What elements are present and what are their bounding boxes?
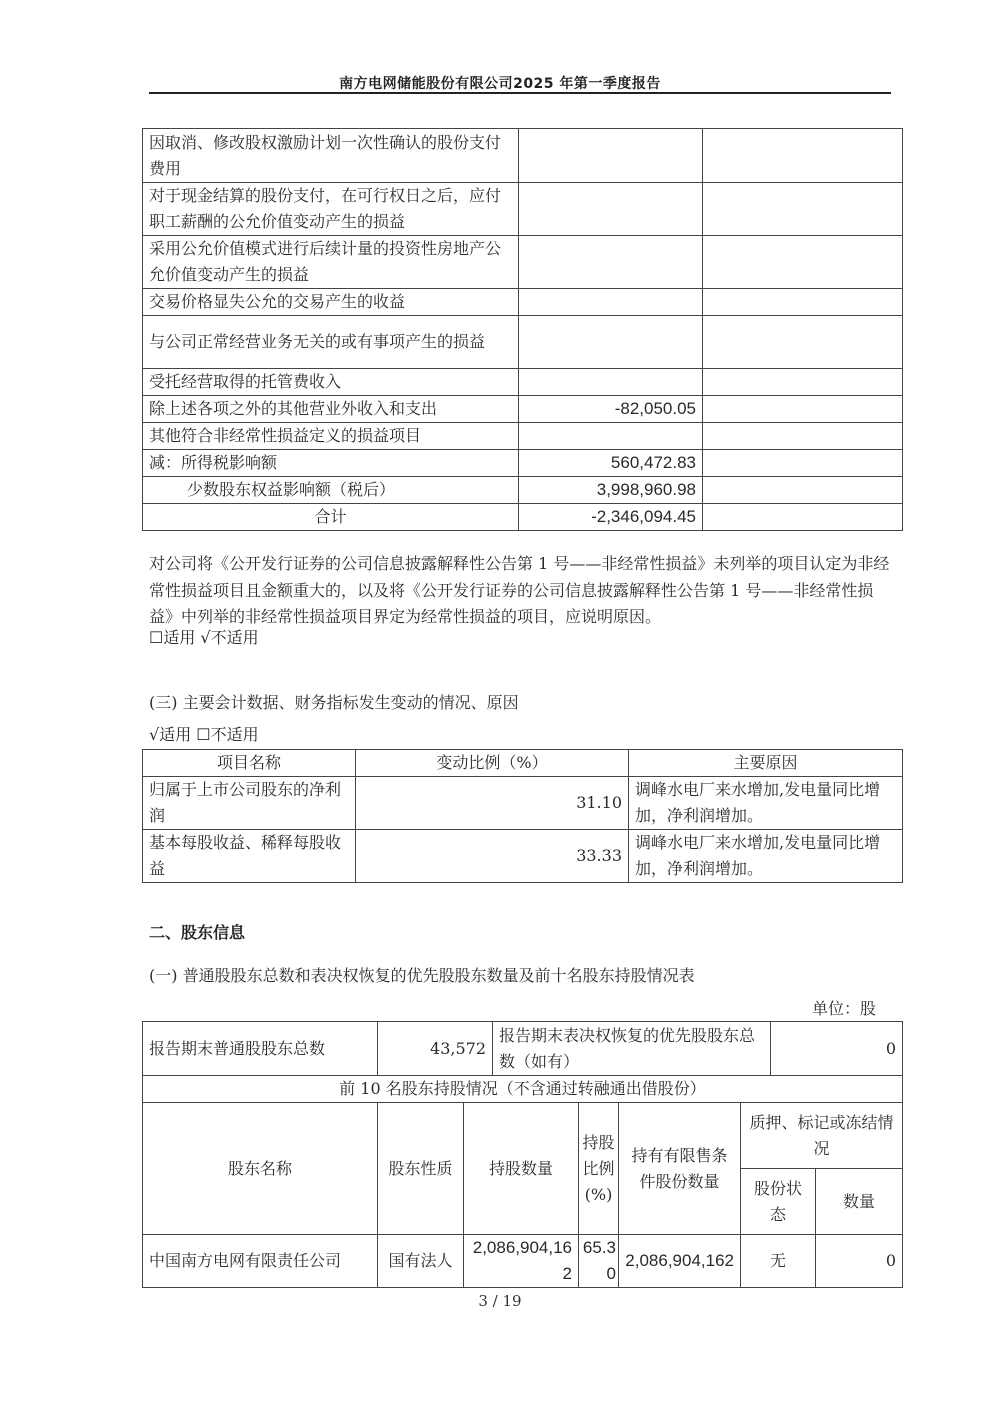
header-shareholder-name: 股东名称 [143,1103,378,1235]
page-number: 3 / 19 [0,1292,1000,1310]
item-note [703,450,903,477]
total-common-label: 报告期末普通股股东总数 [143,1022,378,1076]
item-label: 其他符合非经常性损益定义的损益项目 [143,423,519,450]
item-name: 归属于上市公司股东的净利润 [143,777,356,830]
item-amount [519,369,703,396]
change-ratio: 33.33 [356,830,629,883]
table-row: 基本每股收益、稀释每股收益 33.33 调峰水电厂来水增加,发电量同比增加，净利… [143,830,903,883]
item-label: 与公司正常经营业务无关的或有事项产生的损益 [143,316,519,369]
item-note [703,236,903,289]
item-amount: 560,472.83 [519,450,703,477]
table-row: 中国南方电网有限责任公司 国有法人 2,086,904,162 65.30 2,… [143,1235,903,1288]
item-label: 采用公允价值模式进行后续计量的投资性房地产公允价值变动产生的损益 [143,236,519,289]
total-label: 合计 [143,504,519,531]
table-row: 受托经营取得的托管费收入 [143,369,903,396]
nonrecurring-items-table: 因取消、修改股权激励计划一次性确认的股份支付费用 对于现金结算的股份支付，在可行… [142,128,903,531]
holding-ratio: 65.30 [579,1235,619,1288]
section-three-applicability: √适用 ☐不适用 [149,722,894,749]
table-row: 交易价格显失公允的交易产生的收益 [143,289,903,316]
table-row: 少数股东权益影响额（税后） 3,998,960.98 [143,477,903,504]
item-label: 对于现金结算的股份支付，在可行权日之后，应付职工薪酬的公允价值变动产生的损益 [143,183,519,236]
table-row: 报告期末普通股股东总数 43,572 报告期末表决权恢复的优先股股东总数（如有）… [143,1022,903,1076]
table-row: 减：所得税影响额 560,472.83 [143,450,903,477]
item-note [703,423,903,450]
total-common-value: 43,572 [378,1022,493,1076]
header-change-ratio: 变动比例（%） [356,750,629,777]
item-name: 基本每股收益、稀释每股收益 [143,830,356,883]
item-amount [519,289,703,316]
item-amount: -82,050.05 [519,396,703,423]
table-row: 对于现金结算的股份支付，在可行权日之后，应付职工薪酬的公允价值变动产生的损益 [143,183,903,236]
header-shares-held: 持股数量 [464,1103,579,1235]
item-note [703,316,903,369]
table-row: 与公司正常经营业务无关的或有事项产生的损益 [143,316,903,369]
item-label: 因取消、修改股权激励计划一次性确认的股份支付费用 [143,129,519,183]
header-main-reason: 主要原因 [629,750,903,777]
shareholders-subheading: (一) 普通股股东总数和表决权恢复的优先股股东数量及前十名股东持股情况表 [149,963,894,990]
table-row-total: 合计 -2,346,094.45 [143,504,903,531]
item-note [703,477,903,504]
item-note [703,504,903,531]
shares-held: 2,086,904,162 [464,1235,579,1288]
section-three-heading: (三) 主要会计数据、财务指标发生变动的情况、原因 [149,690,894,717]
table-row: 其他符合非经常性损益定义的损益项目 [143,423,903,450]
item-amount [519,183,703,236]
item-note [703,369,903,396]
table-row: 除上述各项之外的其他营业外收入和支出 -82,050.05 [143,396,903,423]
item-label: 受托经营取得的托管费收入 [143,369,519,396]
item-note [703,129,903,183]
item-label: 交易价格显失公允的交易产生的收益 [143,289,519,316]
unit-label: 单位：股 [149,996,876,1023]
top10-shareholders-table: 股东名称 股东性质 持股数量 持股比例(%) 持有有限售条件股份数量 质押、标记… [142,1102,903,1288]
item-amount [519,423,703,450]
table-row: 采用公允价值模式进行后续计量的投资性房地产公允价值变动产生的损益 [143,236,903,289]
shareholders-summary-table: 报告期末普通股股东总数 43,572 报告期末表决权恢复的优先股股东总数（如有）… [142,1021,903,1103]
table-row: 因取消、修改股权激励计划一次性确认的股份支付费用 [143,129,903,183]
shareholders-section-heading: 二、股东信息 [149,920,245,943]
table-header-row: 项目名称 变动比例（%） 主要原因 [143,750,903,777]
header-pledge-group: 质押、标记或冻结情况 [741,1103,903,1169]
item-amount [519,236,703,289]
table-row: 归属于上市公司股东的净利润 31.10 调峰水电厂来水增加,发电量同比增加，净利… [143,777,903,830]
top10-caption: 前 10 名股东持股情况（不含通过转融通出借股份） [143,1076,903,1103]
table-caption-row: 前 10 名股东持股情况（不含通过转融通出借股份） [143,1076,903,1103]
header-pledge-quantity: 数量 [816,1169,903,1235]
header-shareholder-nature: 股东性质 [378,1103,464,1235]
total-amount: -2,346,094.45 [519,504,703,531]
shareholder-name: 中国南方电网有限责任公司 [143,1235,378,1288]
item-amount [519,129,703,183]
header-pledge-status: 股份状态 [741,1169,816,1235]
restricted-shares: 2,086,904,162 [619,1235,741,1288]
item-label: 少数股东权益影响额（税后） [143,477,519,504]
change-ratio: 31.10 [356,777,629,830]
disclosure-applicability: ☐适用 √不适用 [149,625,894,652]
indicator-change-table: 项目名称 变动比例（%） 主要原因 归属于上市公司股东的净利润 31.10 调峰… [142,749,903,883]
item-label: 减：所得税影响额 [143,450,519,477]
disclosure-note: 对公司将《公开发行证券的公司信息披露解释性公告第 1 号——非经常性损益》未列举… [149,551,894,631]
item-note [703,183,903,236]
pledge-status: 无 [741,1235,816,1288]
item-label: 除上述各项之外的其他营业外收入和支出 [143,396,519,423]
header-divider [149,92,891,94]
header-item-name: 项目名称 [143,750,356,777]
item-amount [519,316,703,369]
report-header-title: 南方电网储能股份有限公司2025 年第一季度报告 [0,73,1000,93]
item-note [703,396,903,423]
main-reason: 调峰水电厂来水增加,发电量同比增加，净利润增加。 [629,777,903,830]
header-restricted-shares: 持有有限售条件股份数量 [619,1103,741,1235]
main-reason: 调峰水电厂来水增加,发电量同比增加，净利润增加。 [629,830,903,883]
total-preferred-label: 报告期末表决权恢复的优先股股东总数（如有） [493,1022,771,1076]
total-preferred-value: 0 [771,1022,903,1076]
table-header-row: 股东名称 股东性质 持股数量 持股比例(%) 持有有限售条件股份数量 质押、标记… [143,1103,903,1169]
shareholder-nature: 国有法人 [378,1235,464,1288]
header-holding-ratio: 持股比例(%) [579,1103,619,1235]
item-note [703,289,903,316]
pledge-quantity: 0 [816,1235,903,1288]
item-amount: 3,998,960.98 [519,477,703,504]
